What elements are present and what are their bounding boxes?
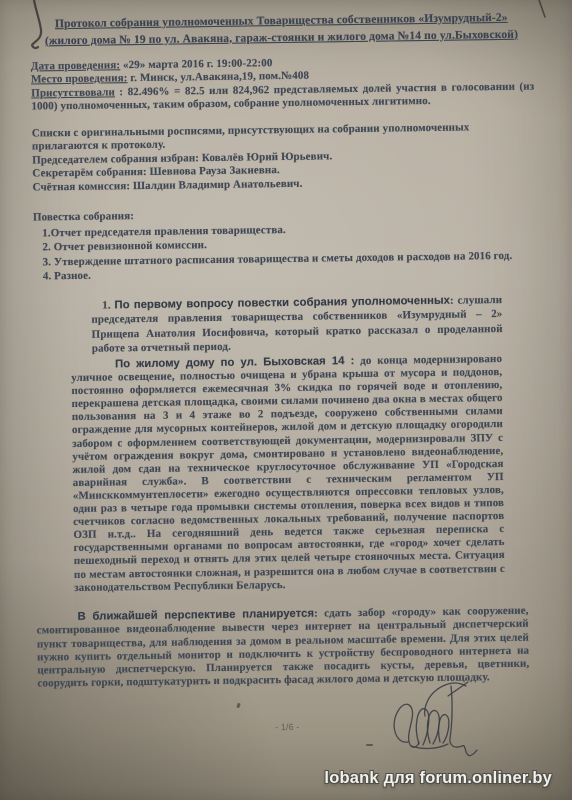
paragraph2-text: до конца модернизировано уличное освещен… — [71, 353, 505, 594]
agenda-list: 1.Отчет председателя правления товарищес… — [33, 220, 539, 285]
item1-number: 1. — [102, 299, 111, 311]
page-number: - 1/6 - — [275, 722, 299, 732]
signature-scribble — [378, 676, 482, 762]
document-photo: Протокол собрания уполномоченных Товарищ… — [0, 0, 572, 800]
document-title: Протокол собрания уполномоченных Товарищ… — [33, 10, 529, 50]
place-label: Место проведения: — [31, 73, 128, 86]
meta-attendees-line: Присутствовали : 82.496% = 82.5 или 824,… — [31, 80, 534, 114]
date-label: Дата проведения: — [31, 59, 120, 72]
meta-block: Дата проведения: «29» марта 2016 г. 19:0… — [31, 54, 535, 115]
body-item-1: 1. По первому вопросу повестки собрания … — [91, 293, 503, 356]
notes-block: Списки с оригинальными росписями, присут… — [32, 121, 507, 195]
place-value: г. Минск, ул.Авакяна,19, пом.№408 — [127, 70, 309, 85]
watermark-text: lobank для forum.onliner.by — [324, 769, 552, 788]
body-paragraph-bykhovskaya: По жилому дому по ул. Быховская 14 : до … — [71, 353, 505, 595]
agenda-heading: Повестка собрания: — [33, 207, 333, 225]
date-value: «29» марта 2016 г. 19:00-22:00 — [120, 57, 272, 71]
attendees-label: Присутствовали — [31, 86, 115, 99]
document-page: Протокол собрания уполномоченных Товарищ… — [0, 0, 572, 800]
